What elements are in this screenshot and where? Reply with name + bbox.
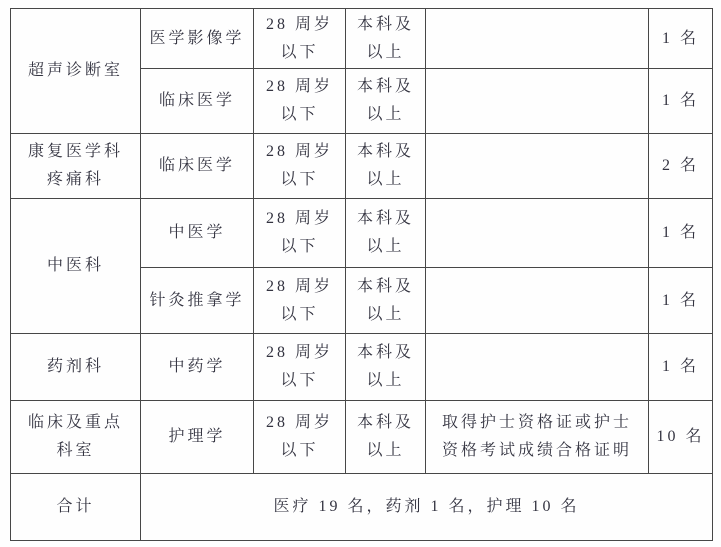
major-cell: 临床医学 [141,69,254,134]
major-cell: 中药学 [141,334,254,401]
dept-cell: 临床及重点 科室 [11,401,141,474]
summary-value-cell: 医疗 19 名，药剂 1 名，护理 10 名 [141,474,713,541]
document-page: 超声诊断室 医学影像学 28 周岁 以下 本科及 以上 1 名 临床医学 28 … [0,0,721,547]
table-row: 超声诊断室 医学影像学 28 周岁 以下 本科及 以上 1 名 [11,9,713,69]
note-cell [426,334,649,401]
note-cell [426,69,649,134]
count-cell: 10 名 [649,401,713,474]
age-cell: 28 周岁 以下 [254,334,346,401]
major-cell: 护理学 [141,401,254,474]
education-cell: 本科及 以上 [346,334,426,401]
note-cell [426,9,649,69]
summary-label-cell: 合计 [11,474,141,541]
dept-cell: 超声诊断室 [11,9,141,134]
age-cell: 28 周岁 以下 [254,9,346,69]
major-cell: 针灸推拿学 [141,268,254,334]
table-row: 药剂科 中药学 28 周岁 以下 本科及 以上 1 名 [11,334,713,401]
summary-row: 合计 医疗 19 名，药剂 1 名，护理 10 名 [11,474,713,541]
education-cell: 本科及 以上 [346,9,426,69]
table-row: 中医科 中医学 28 周岁 以下 本科及 以上 1 名 [11,199,713,268]
education-cell: 本科及 以上 [346,268,426,334]
major-cell: 医学影像学 [141,9,254,69]
table-row: 康复医学科 疼痛科 临床医学 28 周岁 以下 本科及 以上 2 名 [11,134,713,199]
count-cell: 1 名 [649,69,713,134]
major-cell: 中医学 [141,199,254,268]
note-cell [426,268,649,334]
age-cell: 28 周岁 以下 [254,401,346,474]
count-cell: 1 名 [649,334,713,401]
education-cell: 本科及 以上 [346,401,426,474]
table-row: 临床及重点 科室 护理学 28 周岁 以下 本科及 以上 取得护士资格证或护士 … [11,401,713,474]
dept-cell: 中医科 [11,199,141,334]
dept-cell: 康复医学科 疼痛科 [11,134,141,199]
dept-cell: 药剂科 [11,334,141,401]
education-cell: 本科及 以上 [346,69,426,134]
count-cell: 2 名 [649,134,713,199]
note-cell [426,134,649,199]
note-cell [426,199,649,268]
age-cell: 28 周岁 以下 [254,268,346,334]
count-cell: 1 名 [649,268,713,334]
note-cell: 取得护士资格证或护士 资格考试成绩合格证明 [426,401,649,474]
age-cell: 28 周岁 以下 [254,69,346,134]
education-cell: 本科及 以上 [346,134,426,199]
age-cell: 28 周岁 以下 [254,199,346,268]
education-cell: 本科及 以上 [346,199,426,268]
major-cell: 临床医学 [141,134,254,199]
count-cell: 1 名 [649,199,713,268]
count-cell: 1 名 [649,9,713,69]
age-cell: 28 周岁 以下 [254,134,346,199]
recruitment-table: 超声诊断室 医学影像学 28 周岁 以下 本科及 以上 1 名 临床医学 28 … [10,8,713,541]
